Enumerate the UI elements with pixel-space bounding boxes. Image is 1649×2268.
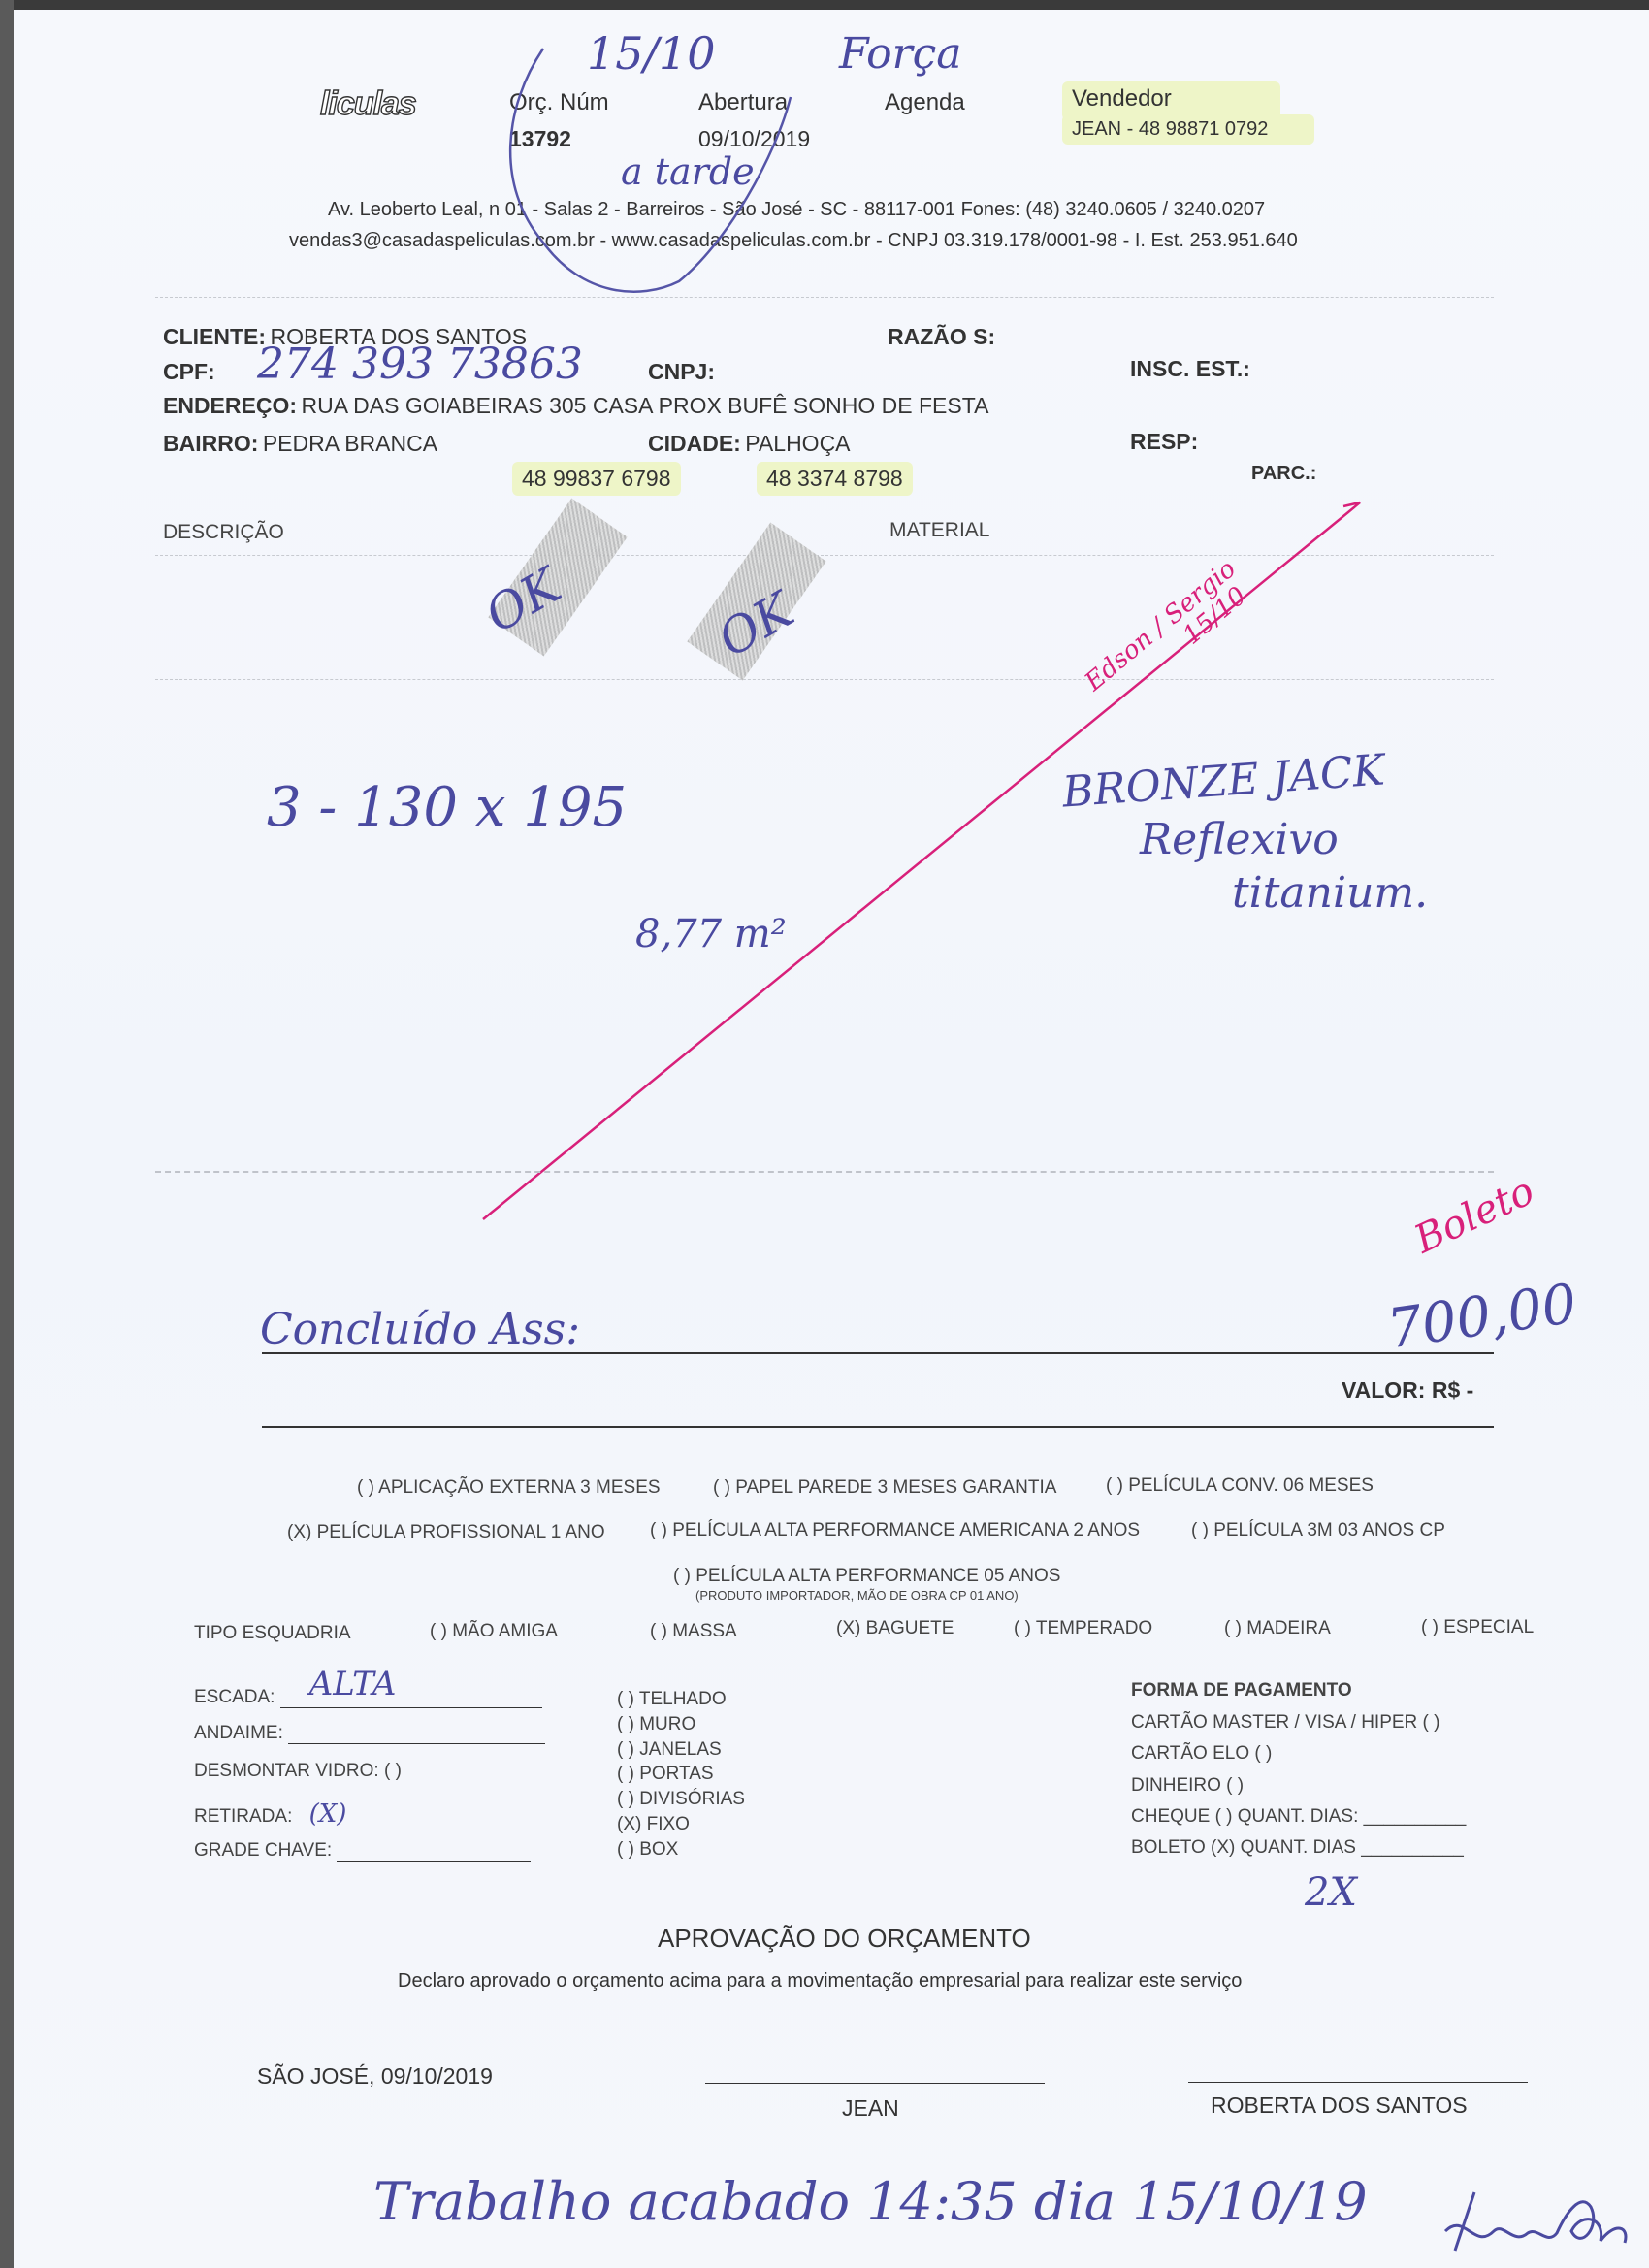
footer-signature [1436, 2173, 1639, 2265]
approval-title: APROVAÇÃO DO ORÇAMENTO [658, 1924, 1031, 1954]
warranty-option-4[interactable]: ( ) PELÍCULA ALTA PERFORMANCE AMERICANA … [650, 1520, 1140, 1541]
escada-value: ALTA [309, 1665, 397, 1703]
material-line-3: titanium. [1232, 868, 1428, 918]
valor-line [262, 1426, 1494, 1428]
esquadria-massa[interactable]: ( ) MASSA [650, 1621, 737, 1642]
warranty-option-0[interactable]: ( ) APLICAÇÃO EXTERNA 3 MESES [357, 1477, 661, 1499]
grade-chave-field: GRADE CHAVE: [194, 1839, 531, 1862]
descricao-label: DESCRIÇÃO [163, 521, 284, 544]
signature-line-1[interactable] [705, 2083, 1045, 2084]
location-fixo[interactable]: (X) FIXO [617, 1814, 690, 1835]
insc-est-label: INSC. EST.: [1130, 356, 1250, 382]
warranty-option-6[interactable]: ( ) PELÍCULA ALTA PERFORMANCE 05 ANOS [673, 1566, 1060, 1587]
location-divisorias[interactable]: ( ) DIVISÓRIAS [617, 1789, 745, 1810]
resp-label: RESP: [1130, 429, 1198, 455]
bairro-value: PEDRA BRANCA [263, 431, 437, 456]
handwritten-word: Força [839, 29, 962, 79]
esquadria-madeira[interactable]: ( ) MADEIRA [1224, 1618, 1331, 1639]
payment-cheque[interactable]: CHEQUE ( ) QUANT. DIAS: __________ [1131, 1806, 1466, 1828]
phone-2: 48 3374 8798 [757, 462, 913, 496]
esquadria-baguete[interactable]: (X) BAGUETE [836, 1618, 954, 1639]
location-janelas[interactable]: ( ) JANELAS [617, 1739, 722, 1761]
material-label: MATERIAL [889, 519, 989, 542]
andaime-label: ANDAIME: [194, 1723, 283, 1743]
endereco-label: ENDEREÇO: [163, 393, 297, 418]
concluido-line [262, 1352, 1494, 1354]
payment-installments: 2X [1305, 1870, 1357, 1915]
cidade-field: CIDADE: PALHOÇA [648, 431, 851, 457]
endereco-field: ENDEREÇO: RUA DAS GOIABEIRAS 305 CASA PR… [163, 393, 988, 419]
location-muro[interactable]: ( ) MURO [617, 1714, 695, 1735]
andaime-field: ANDAIME: [194, 1722, 545, 1744]
warranty-option-5[interactable]: ( ) PELÍCULA 3M 03 ANOS CP [1191, 1520, 1445, 1541]
footer-handwritten-note: Trabalho acabado 14:35 dia 15/10/19 [373, 2171, 1368, 2232]
esquadria-especial[interactable]: ( ) ESPECIAL [1421, 1617, 1534, 1638]
items-divider-2 [155, 679, 1494, 680]
vendedor-value: JEAN - 48 98871 0792 [1072, 118, 1268, 140]
warranty-option-1[interactable]: ( ) PAPEL PAREDE 3 MESES GARANTIA [713, 1477, 1056, 1499]
parc-label: PARC.: [1251, 463, 1316, 485]
bairro-field: BAIRRO: PEDRA BRANCA [163, 431, 437, 457]
cidade-value: PALHOÇA [745, 431, 850, 456]
handwritten-area: 8,77 m² [635, 912, 787, 956]
warranty-note: (PRODUTO IMPORTADOR, MÃO DE OBRA CP 01 A… [695, 1588, 1018, 1603]
cliente-label: CLIENTE: [163, 324, 266, 349]
phone-1: 48 99837 6798 [512, 462, 681, 496]
scan-top-edge [0, 0, 1649, 10]
concluido-text: Concluído Ass: [260, 1305, 580, 1354]
payment-title: FORMA DE PAGAMENTO [1131, 1680, 1352, 1701]
location-portas[interactable]: ( ) PORTAS [617, 1764, 714, 1785]
handwritten-date: 15/10 [587, 27, 716, 80]
cidade-label: CIDADE: [648, 431, 741, 456]
approval-place-date: SÃO JOSÉ, 09/10/2019 [257, 2063, 493, 2090]
material-line-2: Reflexivo [1140, 815, 1339, 864]
signer-2-name: ROBERTA DOS SANTOS [1211, 2092, 1468, 2119]
escada-field: ESCADA: ALTA [194, 1686, 542, 1708]
payment-card-elo[interactable]: CARTÃO ELO ( ) [1131, 1743, 1272, 1765]
bairro-label: BAIRRO: [163, 431, 258, 456]
approval-statement: Declaro aprovado o orçamento acima para … [398, 1970, 1242, 1993]
location-telhado[interactable]: ( ) TELHADO [617, 1689, 727, 1710]
items-divider-1 [155, 555, 1494, 556]
escada-label: ESCADA: [194, 1687, 275, 1707]
handwritten-period: a tarde [621, 150, 755, 193]
company-logo: liculas [320, 85, 416, 123]
retirada-field[interactable]: RETIRADA: (X) [194, 1799, 346, 1829]
cpf-label: CPF: [163, 359, 215, 385]
payment-card-master[interactable]: CARTÃO MASTER / VISA / HIPER ( ) [1131, 1712, 1439, 1733]
esquadria-label: TIPO ESQUADRIA [194, 1623, 351, 1644]
grade-chave-label: GRADE CHAVE: [194, 1840, 332, 1861]
payment-cash[interactable]: DINHEIRO ( ) [1131, 1775, 1244, 1797]
esquadria-temperado[interactable]: ( ) TEMPERADO [1014, 1618, 1152, 1639]
grade-chave-input[interactable] [337, 1839, 531, 1862]
retirada-label: RETIRADA: [194, 1806, 292, 1827]
valor-label: VALOR: R$ - [1342, 1377, 1473, 1404]
escada-input[interactable]: ALTA [280, 1686, 542, 1708]
cnpj-label: CNPJ: [648, 359, 715, 385]
fold-crease [155, 1171, 1494, 1173]
agenda-label: Agenda [885, 89, 965, 116]
endereco-value: RUA DAS GOIABEIRAS 305 CASA PROX BUFÊ SO… [301, 393, 988, 418]
location-box[interactable]: ( ) BOX [617, 1839, 678, 1861]
warranty-option-3[interactable]: (X) PELÍCULA PROFISSIONAL 1 ANO [287, 1522, 605, 1543]
scan-left-edge [0, 0, 14, 2268]
payment-boleto[interactable]: BOLETO (X) QUANT. DIAS __________ [1131, 1837, 1464, 1859]
vendedor-value-highlight: JEAN - 48 98871 0792 [1062, 114, 1314, 145]
razao-label: RAZÃO S: [888, 324, 995, 350]
vendedor-label: Vendedor [1072, 85, 1172, 112]
andaime-input[interactable] [288, 1722, 545, 1744]
esquadria-mao-amiga[interactable]: ( ) MÃO AMIGA [430, 1621, 558, 1642]
signature-line-2[interactable] [1188, 2082, 1528, 2083]
retirada-mark: (X) [309, 1799, 347, 1829]
cpf-value: 274 393 73863 [257, 340, 583, 389]
warranty-option-2[interactable]: ( ) PELÍCULA CONV. 06 MESES [1106, 1475, 1374, 1497]
signer-1-name: JEAN [842, 2095, 899, 2122]
desmontar-vidro[interactable]: DESMONTAR VIDRO: ( ) [194, 1761, 402, 1782]
header-divider [155, 297, 1494, 298]
handwritten-measure: 3 - 130 x 195 [267, 776, 627, 839]
